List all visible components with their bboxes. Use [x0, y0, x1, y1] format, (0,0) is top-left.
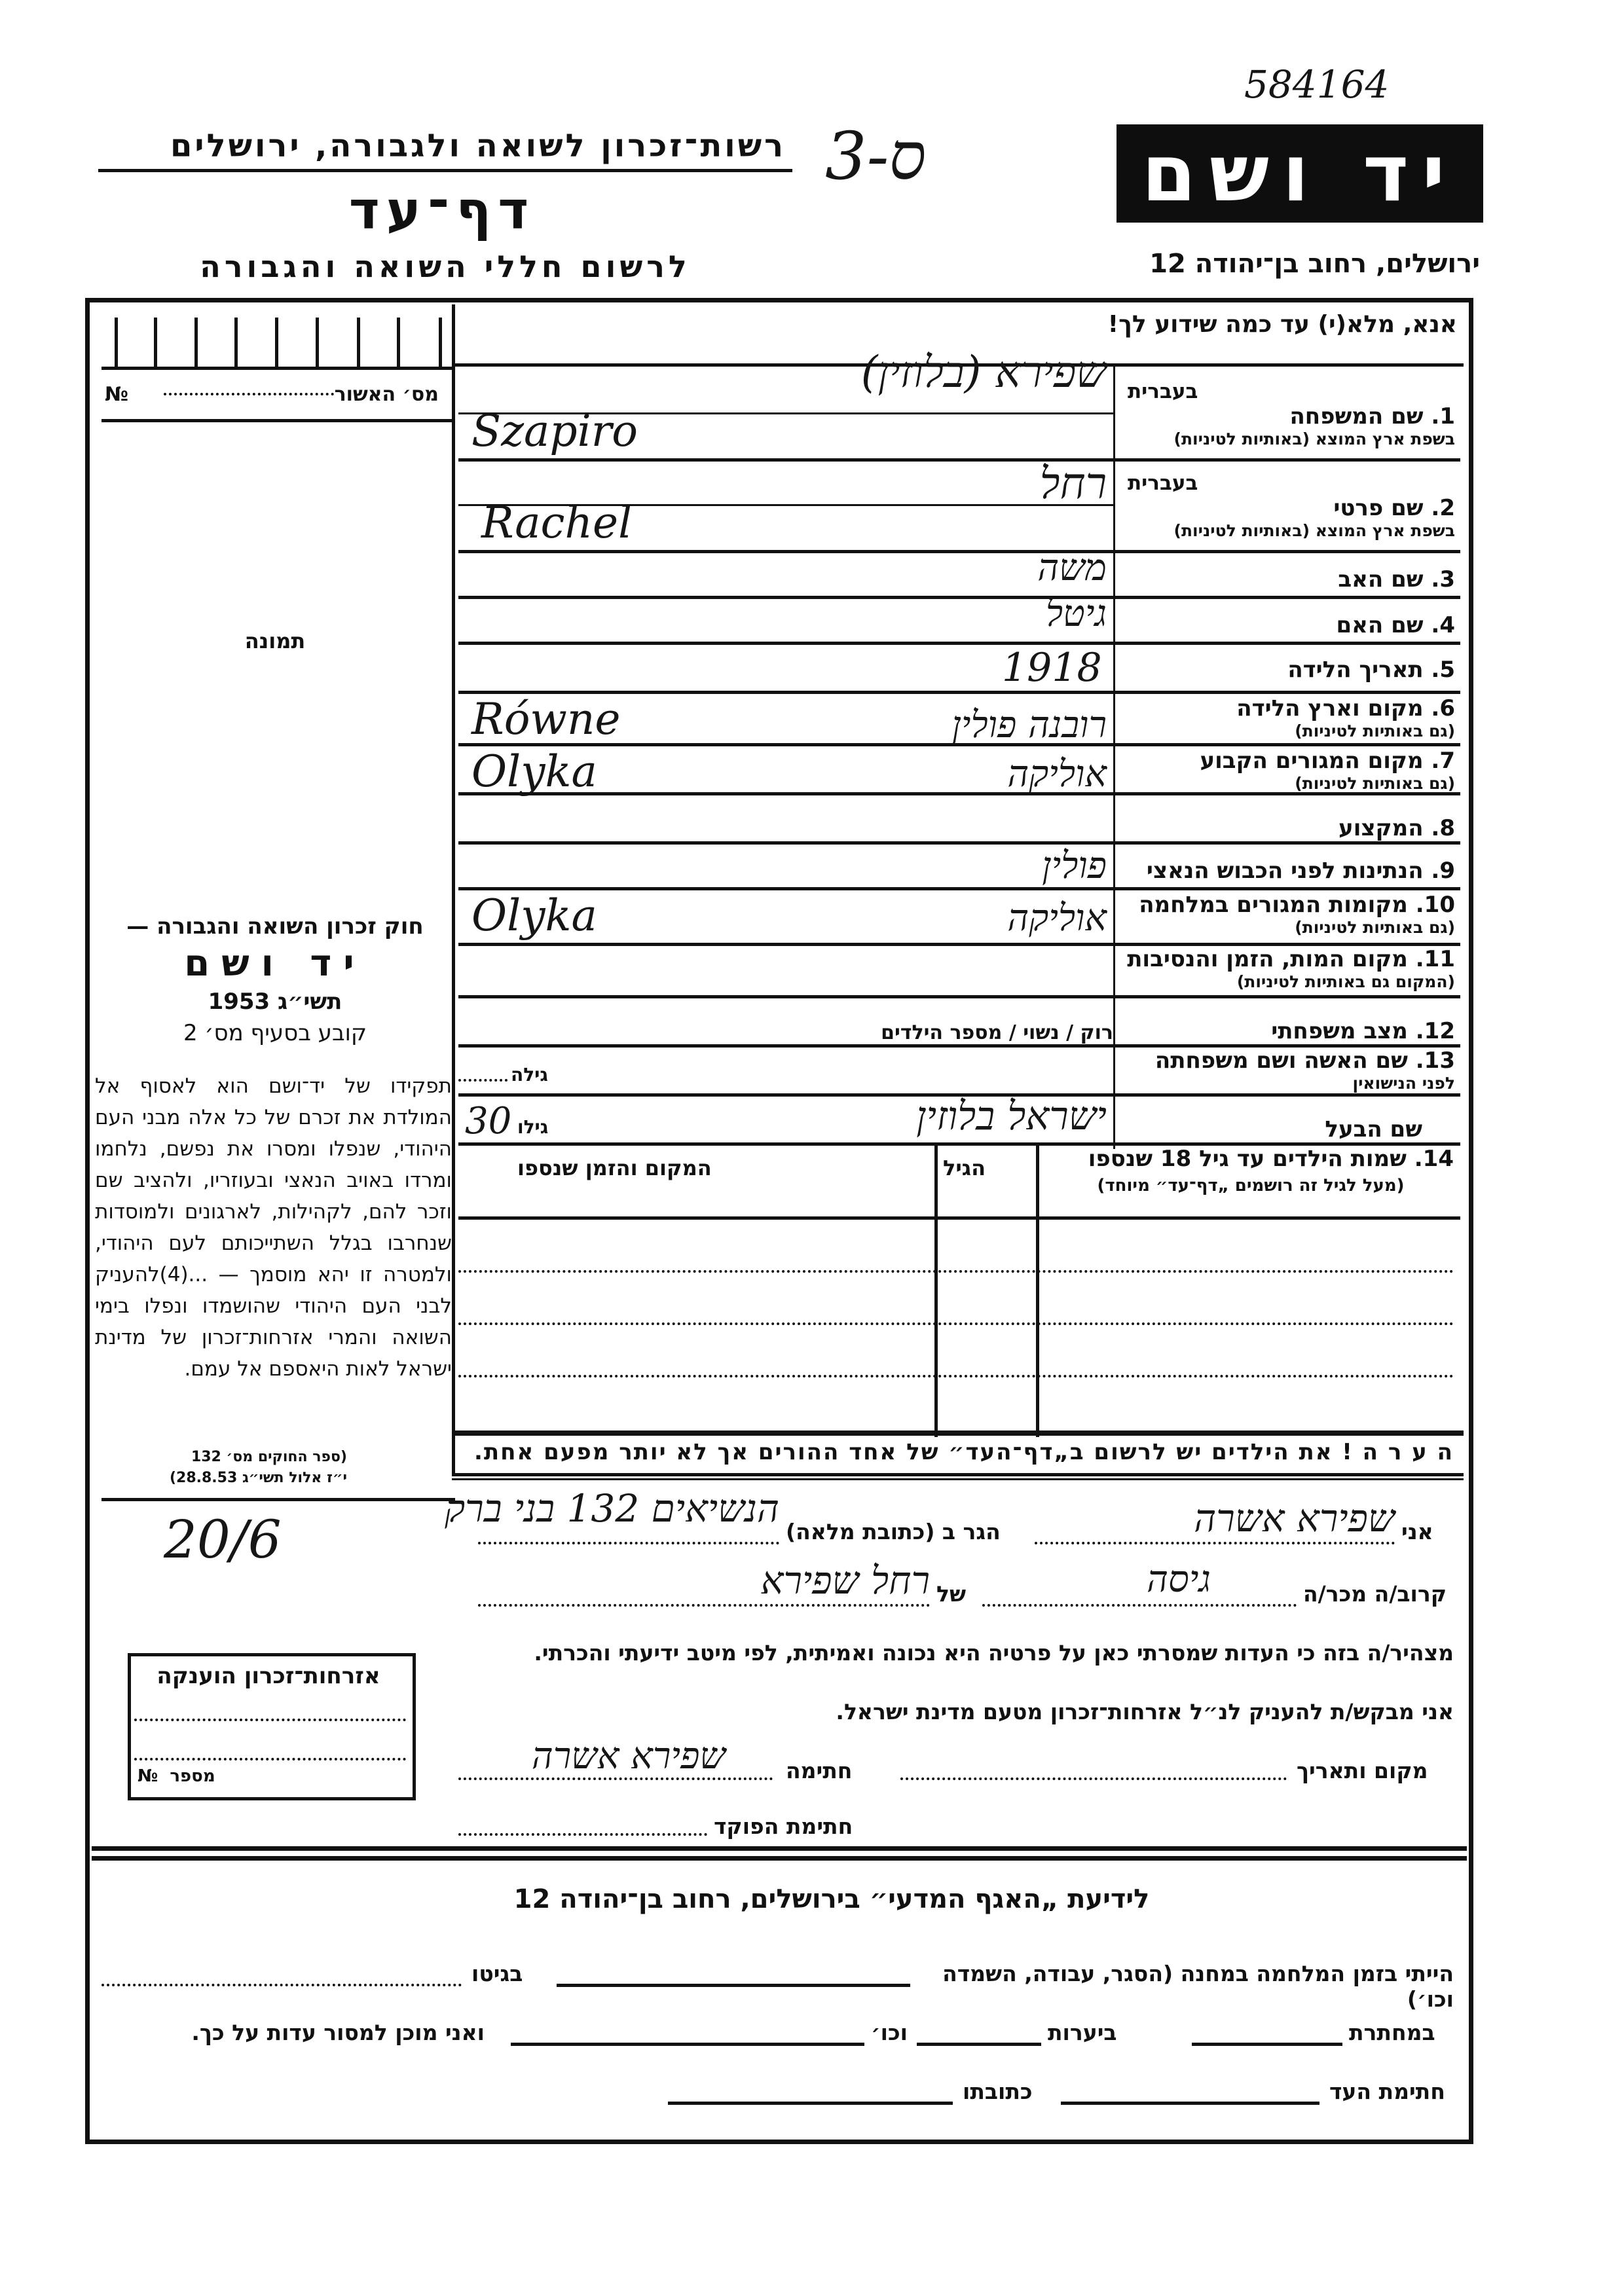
partisans-label: ביערות: [1048, 2020, 1117, 2045]
tick-mark: [275, 318, 278, 367]
relation-value[interactable]: גיסה: [1080, 1558, 1277, 1601]
declarant-name-value[interactable]: שפירא אשרה: [1120, 1496, 1395, 1540]
form-title: דף־עד: [295, 180, 589, 241]
law-block: חוק זכרון השואה והגבורה — יד ושם תשי״ג 1…: [98, 913, 452, 1046]
tick-mark: [115, 318, 118, 367]
law-source: (ספר החוקים מס׳ 132 י״ז אלול תשי״ג 28.8.…: [98, 1447, 347, 1489]
relative-label: קרוב/ה מכר/ה: [1303, 1581, 1447, 1607]
first-name-hebrew-value[interactable]: רחל: [851, 458, 1107, 509]
testimony-offer: ואני מוכן למסור עדות על כך.: [98, 2020, 485, 2045]
wife-age-field[interactable]: [458, 1079, 507, 1082]
law-year: תשי״ג 1953: [98, 989, 452, 1015]
husband-age-label: גילו: [517, 1116, 548, 1138]
catalog-number: 584164: [1244, 62, 1389, 107]
divider: [92, 1846, 1467, 1851]
yad-vashem-logo: יד ושם: [1116, 124, 1483, 223]
children-row-3[interactable]: [458, 1375, 1454, 1377]
camp-field[interactable]: [557, 1984, 910, 1987]
law-section: קובע בסעיף מס׳ 2: [98, 1020, 452, 1046]
officer-signature-field[interactable]: [458, 1833, 707, 1836]
field-label-death-place: 11. מקום המות, הזמן והנסיבות (המקום גם ב…: [1121, 946, 1455, 991]
citizenship-request: אני מבקש/ת להעניק לנ״ל אזרחות־זכרון מטעם…: [720, 1699, 1454, 1724]
divider: [458, 792, 1460, 795]
field-label-profession: 8. המקצוע: [1121, 815, 1455, 841]
family-name-hebrew-value[interactable]: שפירא (בלוזין): [720, 347, 1107, 398]
tick-mark: [397, 318, 400, 367]
place-date-label: מקום ותאריך: [1297, 1758, 1428, 1783]
divider: [92, 1856, 1467, 1861]
declarant-name-line: [1035, 1542, 1395, 1544]
margin-note: 20/6: [164, 1509, 282, 1570]
husband-age-value[interactable]: 30: [465, 1100, 511, 1142]
law-source-line: (ספר החוקים מס׳ 132: [98, 1447, 347, 1468]
officer-signature-label: חתימת הפוקד: [714, 1813, 853, 1839]
tick-mark: [154, 318, 157, 367]
address-label: הגר ב (כתובת מלאה): [786, 1519, 1001, 1544]
declaration-statement: מצהיר/ה בזה כי העדות שמסרתי כאן על פרטיה…: [471, 1640, 1454, 1666]
law-name: יד ושם: [98, 942, 452, 985]
law-title: חוק זכרון השואה והגבורה —: [98, 913, 452, 939]
mother-name-value[interactable]: גיטל: [851, 592, 1107, 635]
citizenship-title: אזרחות־זכרון הוענקה: [131, 1663, 406, 1689]
signature-line: [458, 1777, 773, 1780]
signature-label: חתימה: [786, 1758, 852, 1783]
husband-name-value[interactable]: ישראל בלוזין: [720, 1093, 1107, 1139]
label-column-divider: [1113, 363, 1115, 1149]
citizenship-line[interactable]: [134, 1758, 406, 1760]
birth-date-value[interactable]: 1918: [1002, 645, 1102, 691]
number-sign: №: [105, 383, 128, 406]
address-line: [478, 1542, 779, 1544]
divider: [452, 1430, 1464, 1436]
field-label-birth-place: 6. מקום וארץ הלידה (גם באותיות לטיניות): [1121, 695, 1455, 740]
field-label-marital-status: 12. מצב משפחתי: [1121, 1018, 1455, 1044]
victim-name-value[interactable]: רחל שפירא: [576, 1558, 930, 1603]
divider: [458, 743, 1460, 746]
declarant-i-label: אני: [1401, 1519, 1433, 1544]
children-note: ה ע ר ה ! את הילדים יש לרשום ב„דף־העד״ ש…: [458, 1439, 1454, 1465]
birth-place-latin-value[interactable]: Równe: [471, 694, 621, 744]
authority-name: רשות־זכרון לשואה ולגבורה, ירושלים: [98, 128, 786, 164]
nationality-value[interactable]: פולין: [884, 845, 1107, 887]
field-label-family-name: בעברית 1. שם המשפחה בשפת ארץ המוצא (באות…: [1121, 380, 1455, 448]
divider: [101, 367, 452, 370]
divider: [458, 887, 1460, 890]
relation-line: [982, 1604, 1297, 1607]
tick-mark: [439, 318, 442, 367]
col-head-place-time: המקום והזמן שנספו: [517, 1156, 712, 1180]
field-label-nationality: 9. הנתינות לפני הכבוש הנאצי: [1121, 858, 1455, 884]
children-section-header: 14. שמות הילדים עד גיל 18 שנספו (מעל לגי…: [1048, 1146, 1454, 1195]
signature-value[interactable]: שפירא אשרה: [485, 1735, 773, 1777]
underground-field[interactable]: [1192, 2043, 1342, 2046]
citizenship-number: № מספר: [138, 1766, 215, 1786]
partisans-field[interactable]: [917, 2043, 1041, 2046]
wife-age-label: גילה: [511, 1064, 548, 1085]
witness-signature-label: חתימת העד: [1329, 2079, 1445, 2104]
place-date-field[interactable]: [900, 1777, 1287, 1780]
column-divider: [452, 304, 455, 1473]
table-divider: [1036, 1146, 1039, 1437]
first-name-latin-value[interactable]: Rachel: [481, 498, 632, 548]
divider: [458, 1216, 1460, 1220]
divider: [452, 1478, 1464, 1480]
divider: [458, 642, 1460, 645]
ghetto-label: בגיטו: [471, 1961, 523, 1986]
page-code: ס-3: [825, 118, 926, 194]
etc-label: וכו׳: [871, 2020, 908, 2045]
photo-placeholder: תמונה: [98, 629, 452, 653]
header-rule: [98, 169, 792, 172]
field-label-birth-date: 5. תאריך הלידה: [1121, 657, 1455, 683]
divider: [458, 995, 1460, 998]
divider: [101, 419, 452, 422]
tick-mark: [194, 318, 198, 367]
form-subtitle: לרשום חללי השואה והגבורה: [164, 249, 727, 284]
bottom-section-title: לידיעת „האגף המדעי״ בירושלים, רחוב בן־יה…: [498, 1884, 1166, 1914]
tick-mark: [316, 318, 319, 367]
children-row-2[interactable]: [458, 1322, 1454, 1325]
wartime-residence-hebrew-value[interactable]: אוליקה: [884, 897, 1107, 939]
field-label-father-name: 3. שם האב: [1121, 566, 1455, 592]
etc-field[interactable]: [511, 2043, 864, 2046]
law-text: תפקידו של יד־ושם הוא לאסוף אל המולדת את …: [95, 1070, 452, 1385]
witness-signature-field[interactable]: [1061, 2102, 1319, 2105]
field-label-husband-name: שם הבעל: [1121, 1116, 1455, 1142]
divider: [452, 1473, 1464, 1476]
wartime-residence-latin-value[interactable]: Olyka: [471, 890, 597, 941]
of-label: של: [936, 1581, 966, 1607]
children-row-1[interactable]: [458, 1270, 1454, 1273]
camp-statement: הייתי בזמן המלחמה במחנה (הסגר, עבודה, הש…: [917, 1961, 1454, 2012]
field-label-mother-name: 4. שם האם: [1121, 612, 1455, 638]
of-name-line: [478, 1604, 930, 1607]
marital-status-options[interactable]: רוק / נשוי / מספר הילדים: [688, 1021, 1113, 1044]
address-value[interactable]: הנשיאים 132 בני ברק: [380, 1486, 779, 1531]
field-label-wartime-residence: 10. מקומות המגורים במלחמה (גם באותיות לט…: [1121, 892, 1455, 937]
birth-place-hebrew-value[interactable]: רובנה פולין: [786, 704, 1107, 746]
residence-latin-value[interactable]: Olyka: [471, 746, 597, 797]
logo-address: ירושלים, רחוב בן־יהודה 12: [1139, 249, 1480, 279]
underground-label: במחתרת: [1349, 2020, 1435, 2045]
tick-mark: [234, 318, 238, 367]
law-source-line: י״ז אלול תשי״ג 28.8.53): [98, 1468, 347, 1489]
approval-number-field[interactable]: [164, 393, 334, 395]
field-label-wife-name: 13. שם האשה ושם משפחתה לפני הנישואין: [1121, 1048, 1455, 1093]
tick-mark: [357, 318, 360, 367]
father-name-value[interactable]: משה: [851, 547, 1107, 589]
citizenship-line[interactable]: [134, 1719, 406, 1721]
ghetto-field[interactable]: [101, 1984, 462, 1986]
col-head-age: הגיל: [943, 1156, 986, 1180]
witness-address-label: כתובתו: [963, 2079, 1033, 2104]
form-intro: אנא, מלא(י) עד כמה שידוע לך!: [462, 311, 1457, 338]
family-name-latin-value[interactable]: Szapiro: [471, 406, 638, 456]
witness-address-field[interactable]: [668, 2102, 953, 2105]
residence-hebrew-value[interactable]: אוליקה: [884, 753, 1107, 795]
table-divider: [934, 1146, 938, 1437]
field-label-residence: 7. מקום המגורים הקבוע (גם באותיות לטיניו…: [1121, 748, 1455, 793]
field-label-first-name: בעברית 2. שם פרטי בשפת ארץ המוצא (באותיו…: [1121, 471, 1455, 540]
